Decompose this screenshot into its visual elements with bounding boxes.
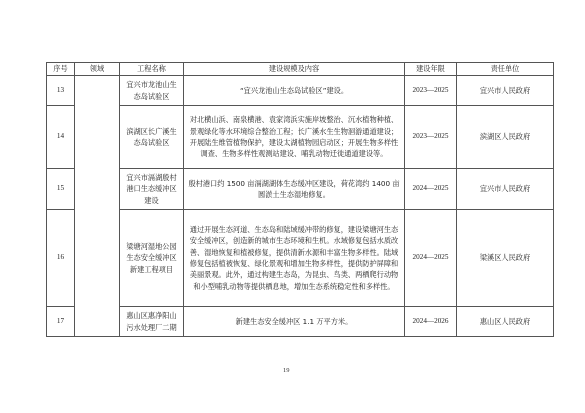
row-project-name: 滨湖区长广溪生态岛试验区 [120, 106, 184, 169]
row-unit: 宜兴市人民政府 [457, 76, 554, 106]
header-years: 建设年限 [405, 63, 457, 76]
table-row: 13 宜兴市龙池山生态岛试验区 “宜兴龙池山生态岛试验区”建设。 2023—20… [47, 76, 554, 106]
header-domain: 领域 [75, 63, 120, 76]
header-project-name: 工程名称 [120, 63, 184, 76]
row-serial: 13 [47, 76, 75, 106]
header-serial: 序号 [47, 63, 75, 76]
table-header-row: 序号 领域 工程名称 建设规模及内容 建设年限 责任单位 [47, 63, 554, 76]
row-unit: 惠山区人民政府 [457, 307, 554, 337]
row-content: 通过开展生态河道、生态岛和陆域缓冲带的修复，建设梁塘河生态安全缓冲区，创造新的城… [184, 210, 405, 307]
header-responsible-unit: 责任单位 [457, 63, 554, 76]
table-row: 15 宜兴市滆湖殷村港口生态缓冲区建设 殷村港口约 1500 亩滆湖湖体生态缓冲… [47, 169, 554, 210]
document-page: 序号 领域 工程名称 建设规模及内容 建设年限 责任单位 13 宜兴市龙池山生态… [0, 0, 585, 413]
row-unit: 梁溪区人民政府 [457, 210, 554, 307]
row-years: 2024—2026 [405, 307, 457, 337]
row-content: 殷村港口约 1500 亩滆湖湖体生态缓冲区建设，荷花湾约 1400 亩圆淤土生态… [184, 169, 405, 210]
domain-cell-merged [75, 76, 120, 337]
table-row: 16 梁塘河湿地公园生态安全缓冲区新建工程项目 通过开展生态河道、生态岛和陆域缓… [47, 210, 554, 307]
row-project-name: 梁塘河湿地公园生态安全缓冲区新建工程项目 [120, 210, 184, 307]
project-table: 序号 领域 工程名称 建设规模及内容 建设年限 责任单位 13 宜兴市龙池山生态… [46, 62, 554, 337]
row-project-name: 惠山区惠净阳山污水处理厂二期 [120, 307, 184, 337]
table-row: 14 滨湖区长广溪生态岛试验区 对北横山浜、南泉横港、袁家湾浜实施岸坡整治、沉水… [47, 106, 554, 169]
row-unit: 滨湖区人民政府 [457, 106, 554, 169]
row-content: “宜兴龙池山生态岛试验区”建设。 [184, 76, 405, 106]
row-unit: 宜兴市人民政府 [457, 169, 554, 210]
row-project-name: 宜兴市滆湖殷村港口生态缓冲区建设 [120, 169, 184, 210]
row-years: 2024—2025 [405, 169, 457, 210]
row-serial: 17 [47, 307, 75, 337]
row-years: 2023—2025 [405, 76, 457, 106]
row-serial: 15 [47, 169, 75, 210]
row-years: 2024—2025 [405, 210, 457, 307]
row-content: 对北横山浜、南泉横港、袁家湾浜实施岸坡整治、沉水植物种植、景观绿化等水环境综合整… [184, 106, 405, 169]
row-serial: 14 [47, 106, 75, 169]
row-content: 新建生态安全缓冲区 1.1 万平方米。 [184, 307, 405, 337]
row-serial: 16 [47, 210, 75, 307]
header-scope-content: 建设规模及内容 [184, 63, 405, 76]
row-project-name: 宜兴市龙池山生态岛试验区 [120, 76, 184, 106]
table-row: 17 惠山区惠净阳山污水处理厂二期 新建生态安全缓冲区 1.1 万平方米。 20… [47, 307, 554, 337]
row-years: 2023—2025 [405, 106, 457, 169]
page-number: 19 [283, 367, 290, 374]
